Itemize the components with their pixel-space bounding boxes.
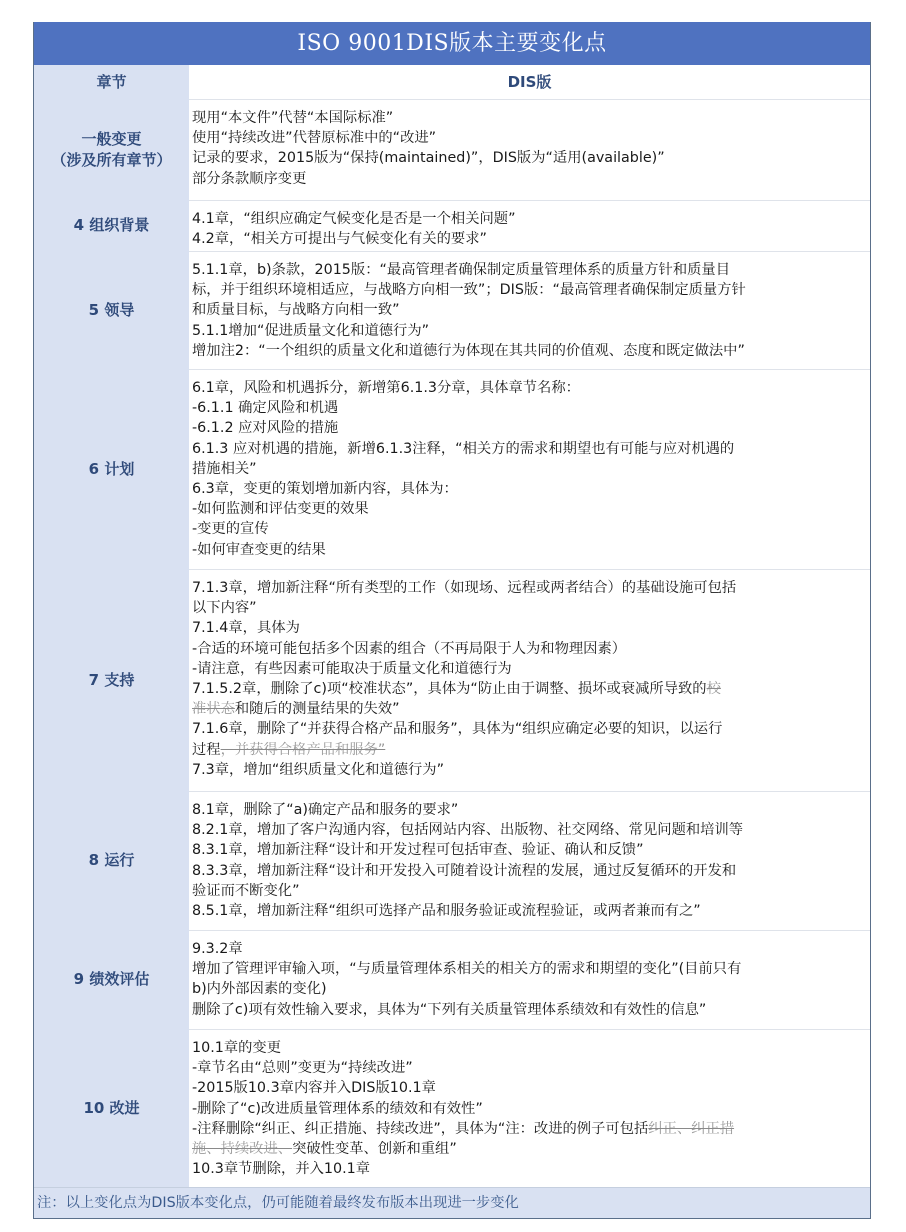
chapter-label-line: 8 运行 [89,850,135,871]
text-segment: -如何监测和评估变更的效果 [192,501,369,517]
text-segment: -章节名由“总则”变更为“持续改进” [192,1060,413,1076]
change-description: 5.1.1章，b)条款，2015版：“最高管理者确保制定质量管理体系的质量方针和… [189,251,870,369]
deleted-text: ，并获得合格产品和服务” [221,742,386,758]
table-body: 一般变更（涉及所有章节）现用“本文件”代替“本国际标准”使用“持续改进”代替原标… [34,99,870,1187]
change-line: -6.1.2 应对风险的措施 [192,418,868,438]
change-line: 6.1.3 应对机遇的措施，新增6.1.3注释，“相关方的需求和期望也有可能与应… [192,439,868,459]
text-segment: -请注意，有些因素可能取决于质量文化和道德行为 [192,661,512,677]
change-line: 记录的要求，2015版为“保持(maintained)”，DIS版为“适用(av… [192,148,868,168]
change-line: 5.1.1增加“促进质量文化和道德行为” [192,321,868,341]
change-line: 7.1.5.2章，删除了c)项“校准状态”，具体为“防止由于调整、损坏或衰减所导… [192,679,868,699]
text-segment: 5.1.1章，b)条款，2015版：“最高管理者确保制定质量管理体系的质量方针和… [192,262,730,278]
change-line: -章节名由“总则”变更为“持续改进” [192,1058,868,1078]
change-line: 删除了c)项有效性输入要求，具体为“下列有关质量管理体系绩效和有效性的信息” [192,1000,868,1020]
text-segment: 6.1章，风险和机遇拆分，新增第6.1.3分章，具体章节名称： [192,380,580,396]
text-segment: 删除了c)项有效性输入要求，具体为“下列有关质量管理体系绩效和有效性的信息” [192,1002,706,1018]
text-segment: -合适的环境可能包括多个因素的组合（不再局限于人为和物理因素） [192,641,626,657]
text-segment: b)内外部因素的变化) [192,981,327,997]
change-line: 6.3章，变更的策划增加新内容，具体为： [192,479,868,499]
change-line: 和质量目标，与战略方向相一致” [192,300,868,320]
chapter-label-line: 4 组织背景 [74,215,150,236]
change-line: 以下内容” [192,598,868,618]
change-line: 4.1章，“组织应确定气候变化是否是一个相关问题” [192,209,868,229]
text-segment: 8.5.1章，增加新注释“组织可选择产品和服务验证或流程验证，或两者兼而有之” [192,903,701,919]
table-title: ISO 9001DIS版本主要变化点 [34,22,870,65]
change-line: -请注意，有些因素可能取决于质量文化和道德行为 [192,659,868,679]
table-row-improvement: 10 改进10.1章的变更-章节名由“总则”变更为“持续改进”-2015版10.… [34,1029,870,1187]
text-segment: 8.2.1章，增加了客户沟通内容，包括网站内容、出版物、社交网络、常见问题和培训… [192,822,743,838]
text-segment: -6.1.2 应对风险的措施 [192,420,338,436]
text-segment: 标，并于组织环境相适应，与战略方向相一致”；DIS版：“最高管理者确保制定质量方… [192,282,746,298]
text-segment: 6.1.3 应对机遇的措施，新增6.1.3注释，“相关方的需求和期望也有可能与应… [192,441,734,457]
text-segment: 5.1.1增加“促进质量文化和道德行为” [192,323,429,339]
text-segment: 8.1章，删除了“a)确定产品和服务的要求” [192,802,458,818]
text-segment: 6.3章，变更的策划增加新内容，具体为： [192,481,458,497]
change-line: 8.3.1章，增加新注释“设计和开发过程可包括审查、验证、确认和反馈” [192,840,868,860]
text-segment: 增加注2：“一个组织的质量文化和道德行为体现在其共同的价值观、态度和既定做法中” [192,343,745,359]
text-segment: -删除了“c)改进质量管理体系的绩效和有效性” [192,1101,483,1117]
change-line: 措施相关” [192,459,868,479]
change-line: 10.3章节删除，并入10.1章 [192,1159,868,1179]
text-segment: 10.3章节删除，并入10.1章 [192,1161,370,1177]
chapter-label-line: 10 改进 [83,1098,139,1119]
text-segment: 8.3.1章，增加新注释“设计和开发过程可包括审查、验证、确认和反馈” [192,842,644,858]
table-row-leadership: 5 领导5.1.1章，b)条款，2015版：“最高管理者确保制定质量管理体系的质… [34,251,870,369]
chapter-label-line: 7 支持 [89,670,135,691]
change-description: 7.1.3章，增加新注释“所有类型的工作（如现场、远程或两者结合）的基础设施可包… [189,569,870,791]
text-segment: 验证而不断变化” [192,883,299,899]
text-segment: 7.1.4章，具体为 [192,620,300,636]
text-segment: 以下内容” [192,600,257,616]
deleted-text: 施、持续改进、 [192,1141,292,1157]
change-line: 8.3.3章，增加新注释“设计和开发投入可随着设计流程的发展，通过反复循环的开发… [192,861,868,881]
change-line: 7.1.4章，具体为 [192,618,868,638]
change-line: -6.1.1 确定风险和机遇 [192,398,868,418]
text-segment: 8.3.3章，增加新注释“设计和开发投入可随着设计流程的发展，通过反复循环的开发… [192,863,736,879]
text-segment: 过程 [192,742,221,758]
change-description: 10.1章的变更-章节名由“总则”变更为“持续改进”-2015版10.3章内容并… [189,1029,870,1187]
change-line: -合适的环境可能包括多个因素的组合（不再局限于人为和物理因素） [192,639,868,659]
chapter-label: 10 改进 [34,1029,189,1187]
chapter-label: 一般变更（涉及所有章节） [34,99,189,200]
change-line: 准状态和随后的测量结果的失效” [192,699,868,719]
text-segment: -变更的宣传 [192,521,269,537]
table-row-performance: 9 绩效评估9.3.2章增加了管理评审输入项，“与质量管理体系相关的相关方的需求… [34,930,870,1029]
change-description: 现用“本文件”代替“本国际标准”使用“持续改进”代替原标准中的“改进”记录的要求… [189,99,870,200]
footer-note: 注：以上变化点为DIS版本变化点，仍可能随着最终发布版本出现进一步变化 [34,1187,870,1218]
change-line: 6.1章，风险和机遇拆分，新增第6.1.3分章，具体章节名称： [192,378,868,398]
change-line: 8.1章，删除了“a)确定产品和服务的要求” [192,800,868,820]
change-line: 4.2章，“相关方可提出与气候变化有关的要求” [192,229,868,249]
text-segment: 和质量目标，与战略方向相一致” [192,302,400,318]
chapter-label: 9 绩效评估 [34,930,189,1029]
table-row-operation: 8 运行8.1章，删除了“a)确定产品和服务的要求”8.2.1章，增加了客户沟通… [34,791,870,930]
change-line: 部分条款顺序变更 [192,169,868,189]
chapter-label-line: 一般变更 [51,129,171,150]
change-line: 7.1.3章，增加新注释“所有类型的工作（如现场、远程或两者结合）的基础设施可包… [192,578,868,598]
deleted-text: 校 [707,681,721,697]
chapter-label-line: 9 绩效评估 [74,969,150,990]
change-line: 标，并于组织环境相适应，与战略方向相一致”；DIS版：“最高管理者确保制定质量方… [192,280,868,300]
table-row-context: 4 组织背景4.1章，“组织应确定气候变化是否是一个相关问题”4.2章，“相关方… [34,200,870,251]
chapter-label: 8 运行 [34,791,189,930]
text-segment: 10.1章的变更 [192,1040,281,1056]
header-dis-version: DIS版 [189,65,870,99]
change-line: 9.3.2章 [192,939,868,959]
text-segment: 措施相关” [192,461,257,477]
text-segment: 使用“持续改进”代替原标准中的“改进” [192,130,436,146]
table-row-support: 7 支持7.1.3章，增加新注释“所有类型的工作（如现场、远程或两者结合）的基础… [34,569,870,791]
text-segment: 部分条款顺序变更 [192,171,306,187]
change-line: -如何审查变更的结果 [192,540,868,560]
chapter-label-line: 6 计划 [89,459,135,480]
chapter-label: 4 组织背景 [34,200,189,251]
text-segment: -如何审查变更的结果 [192,542,326,558]
change-line: 5.1.1章，b)条款，2015版：“最高管理者确保制定质量管理体系的质量方针和… [192,260,868,280]
change-line: 7.1.6章，删除了“并获得合格产品和服务”，具体为“组织应确定必要的知识，以运… [192,719,868,739]
text-segment: 4.2章，“相关方可提出与气候变化有关的要求” [192,231,487,247]
change-line: 增加了管理评审输入项，“与质量管理体系相关的相关方的需求和期望的变化”(目前只有 [192,959,868,979]
change-line: -删除了“c)改进质量管理体系的绩效和有效性” [192,1099,868,1119]
text-segment: 7.1.3章，增加新注释“所有类型的工作（如现场、远程或两者结合）的基础设施可包… [192,580,736,596]
chapter-label: 5 领导 [34,251,189,369]
change-line: 7.3章，增加“组织质量文化和道德行为” [192,760,868,780]
text-segment: 突破性变革、创新和重组” [292,1141,457,1157]
deleted-text: 准状态 [192,701,235,717]
text-segment: -2015版10.3章内容并入DIS版10.1章 [192,1080,436,1096]
change-description: 9.3.2章增加了管理评审输入项，“与质量管理体系相关的相关方的需求和期望的变化… [189,930,870,1029]
change-line: 10.1章的变更 [192,1038,868,1058]
change-line: 增加注2：“一个组织的质量文化和道德行为体现在其共同的价值观、态度和既定做法中” [192,341,868,361]
text-segment: -6.1.1 确定风险和机遇 [192,400,338,416]
text-segment: 9.3.2章 [192,941,243,957]
chapter-label-line: （涉及所有章节） [51,150,171,171]
change-line: 过程，并获得合格产品和服务” [192,740,868,760]
text-segment: 4.1章，“组织应确定气候变化是否是一个相关问题” [192,211,516,227]
change-line: b)内外部因素的变化) [192,979,868,999]
change-line: -变更的宣传 [192,519,868,539]
change-line: 验证而不断变化” [192,881,868,901]
header-chapter: 章节 [34,65,189,99]
chapter-label: 7 支持 [34,569,189,791]
change-line: 施、持续改进、突破性变革、创新和重组” [192,1139,868,1159]
change-line: 8.2.1章，增加了客户沟通内容，包括网站内容、出版物、社交网络、常见问题和培训… [192,820,868,840]
changes-table: ISO 9001DIS版本主要变化点 章节 DIS版 一般变更（涉及所有章节）现… [33,22,871,1219]
change-line: -注释删除“纠正、纠正措施、持续改进”，具体为“注：改进的例子可包括纠正、纠正措 [192,1119,868,1139]
change-description: 8.1章，删除了“a)确定产品和服务的要求”8.2.1章，增加了客户沟通内容，包… [189,791,870,930]
chapter-label: 6 计划 [34,369,189,569]
chapter-label-line: 5 领导 [89,300,135,321]
change-line: 现用“本文件”代替“本国际标准” [192,108,868,128]
change-line: 8.5.1章，增加新注释“组织可选择产品和服务验证或流程验证，或两者兼而有之” [192,901,868,921]
deleted-text: 纠正、纠正措 [648,1121,734,1137]
text-segment: 和随后的测量结果的失效” [235,701,400,717]
text-segment: 7.1.5.2章，删除了c)项“校准状态”，具体为“防止由于调整、损坏或衰减所导… [192,681,707,697]
text-segment: -注释删除“纠正、纠正措施、持续改进”，具体为“注：改进的例子可包括 [192,1121,648,1137]
header-row: 章节 DIS版 [34,65,870,99]
change-description: 6.1章，风险和机遇拆分，新增第6.1.3分章，具体章节名称：-6.1.1 确定… [189,369,870,569]
text-segment: 现用“本文件”代替“本国际标准” [192,110,393,126]
change-line: -2015版10.3章内容并入DIS版10.1章 [192,1078,868,1098]
table-row-planning: 6 计划6.1章，风险和机遇拆分，新增第6.1.3分章，具体章节名称：-6.1.… [34,369,870,569]
table-row-general: 一般变更（涉及所有章节）现用“本文件”代替“本国际标准”使用“持续改进”代替原标… [34,99,870,200]
text-segment: 增加了管理评审输入项，“与质量管理体系相关的相关方的需求和期望的变化”(目前只有 [192,961,741,977]
text-segment: 记录的要求，2015版为“保持(maintained)”，DIS版为“适用(av… [192,150,665,166]
change-line: -如何监测和评估变更的效果 [192,499,868,519]
text-segment: 7.1.6章，删除了“并获得合格产品和服务”，具体为“组织应确定必要的知识，以运… [192,721,722,737]
text-segment: 7.3章，增加“组织质量文化和道德行为” [192,762,444,778]
change-description: 4.1章，“组织应确定气候变化是否是一个相关问题”4.2章，“相关方可提出与气候… [189,200,870,251]
change-line: 使用“持续改进”代替原标准中的“改进” [192,128,868,148]
